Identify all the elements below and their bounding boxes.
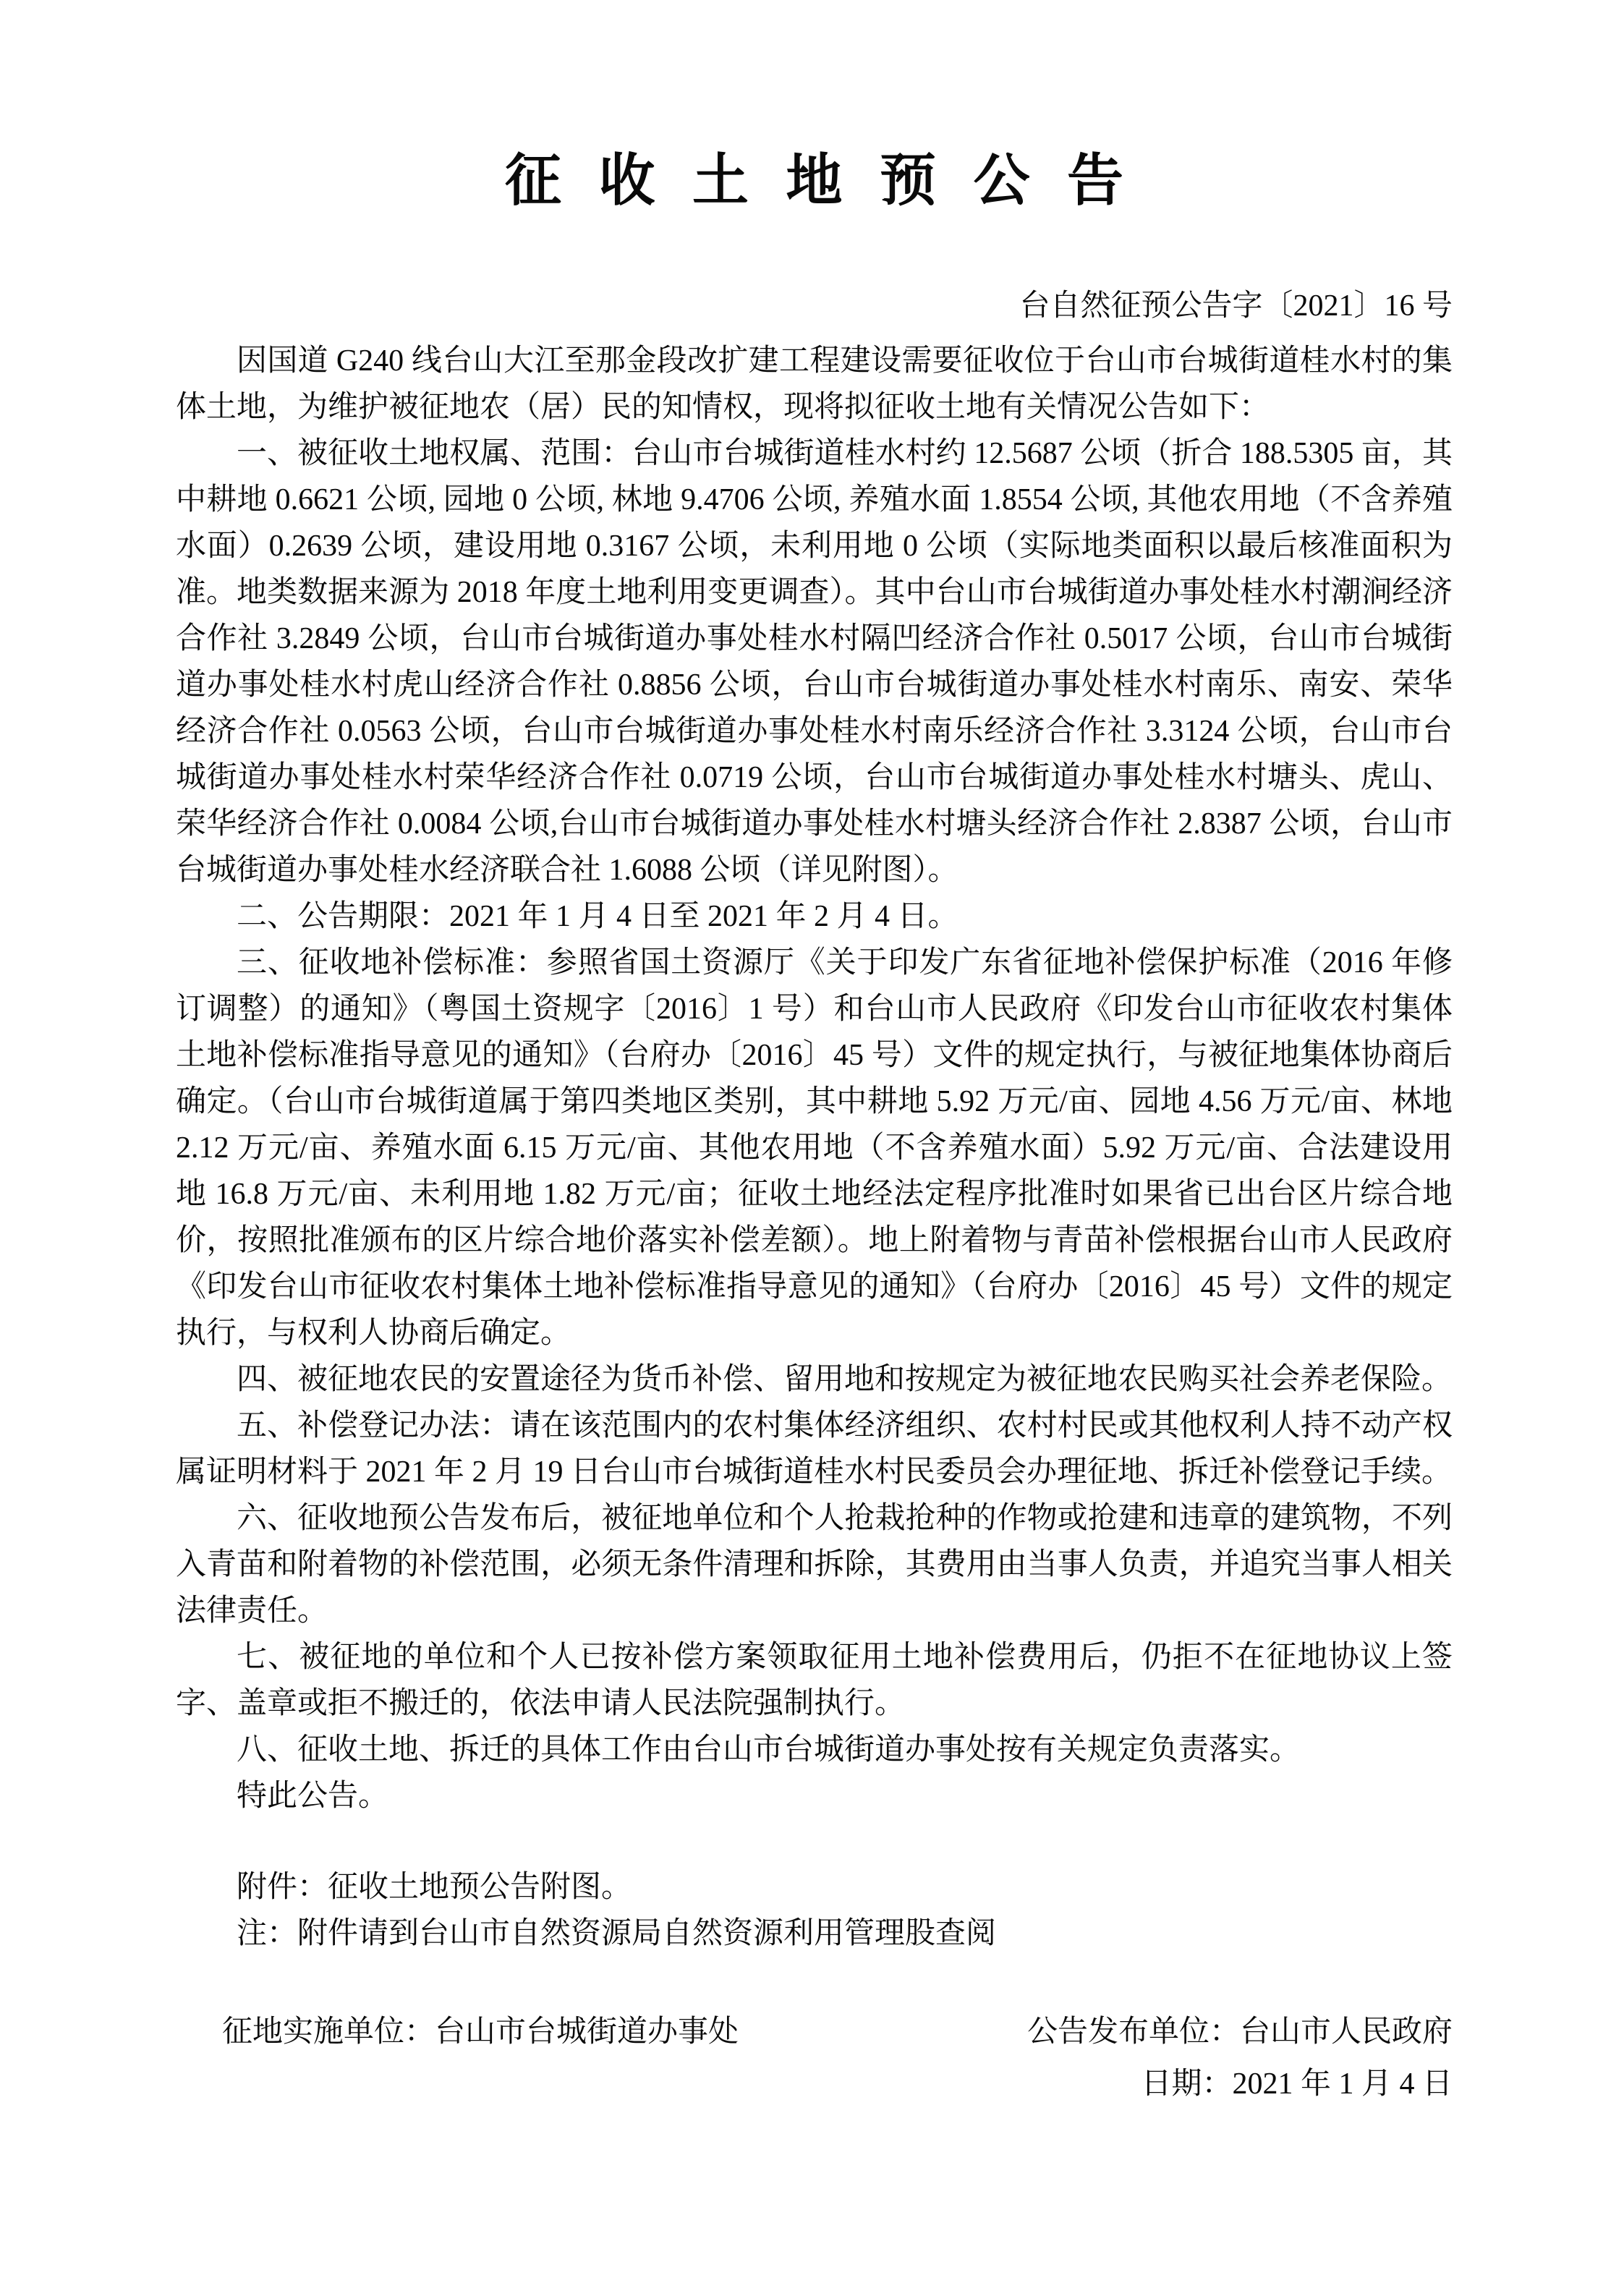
publish-date: 日期：2021 年 1 月 4 日 xyxy=(1027,2061,1453,2107)
attachment-block: 附件：征收土地预公告附图。 注：附件请到台山市自然资源局自然资源利用管理股查阅 xyxy=(176,1864,1453,1957)
announcement-page: 征 收 土 地 预 公 告 台自然征预公告字〔2021〕16 号 因国道 G24… xyxy=(0,0,1624,2296)
paragraph-clause-3: 三、征收地补偿标准：参照省国土资源厅《关于印发广东省征地补偿保护标准（2016 … xyxy=(176,940,1453,1356)
paragraph-clause-4: 四、被征地农民的安置途径为货币补偿、留用地和按规定为被征地农民购买社会养老保险。 xyxy=(176,1356,1453,1403)
paragraph-clause-8: 八、征收土地、拆迁的具体工作由台山市台城街道办事处按有关规定负责落实。 xyxy=(176,1727,1453,1773)
page-title: 征 收 土 地 预 公 告 xyxy=(176,148,1453,213)
document-number: 台自然征预公告字〔2021〕16 号 xyxy=(176,283,1453,329)
attachment-line: 附件：征收土地预公告附图。 xyxy=(176,1864,1453,1910)
implementing-unit: 征地实施单位：台山市台城街道办事处 xyxy=(222,2009,739,2055)
paragraph-clause-1: 一、被征收土地权属、范围：台山市台城街道桂水村约 12.5687 公顷（折合 1… xyxy=(176,430,1453,893)
issuer-block: 公告发布单位：台山市人民政府 日期：2021 年 1 月 4 日 xyxy=(1027,2009,1453,2107)
paragraph-intro: 因国道 G240 线台山大江至那金段改扩建工程建设需要征收位于台山市台城街道桂水… xyxy=(176,338,1453,430)
paragraph-clause-5: 五、补偿登记办法：请在该范围内的农村集体经济组织、农村村民或其他权利人持不动产权… xyxy=(176,1403,1453,1495)
document-body: 因国道 G240 线台山大江至那金段改扩建工程建设需要征收位于台山市台城街道桂水… xyxy=(176,338,1453,1819)
note-line: 注：附件请到台山市自然资源局自然资源利用管理股查阅 xyxy=(176,1910,1453,1957)
closing-statement: 特此公告。 xyxy=(176,1773,1453,1819)
paragraph-clause-2: 二、公告期限：2021 年 1 月 4 日至 2021 年 2 月 4 日。 xyxy=(176,893,1453,940)
issuing-unit: 公告发布单位：台山市人民政府 xyxy=(1027,2009,1453,2055)
paragraph-clause-6: 六、征收地预公告发布后，被征地单位和个人抢栽抢种的作物或抢建和违章的建筑物，不列… xyxy=(176,1495,1453,1634)
paragraph-clause-7: 七、被征地的单位和个人已按补偿方案领取征用土地补偿费用后，仍拒不在征地协议上签字… xyxy=(176,1634,1453,1727)
footer: 征地实施单位：台山市台城街道办事处 公告发布单位：台山市人民政府 日期：2021… xyxy=(176,2009,1453,2107)
